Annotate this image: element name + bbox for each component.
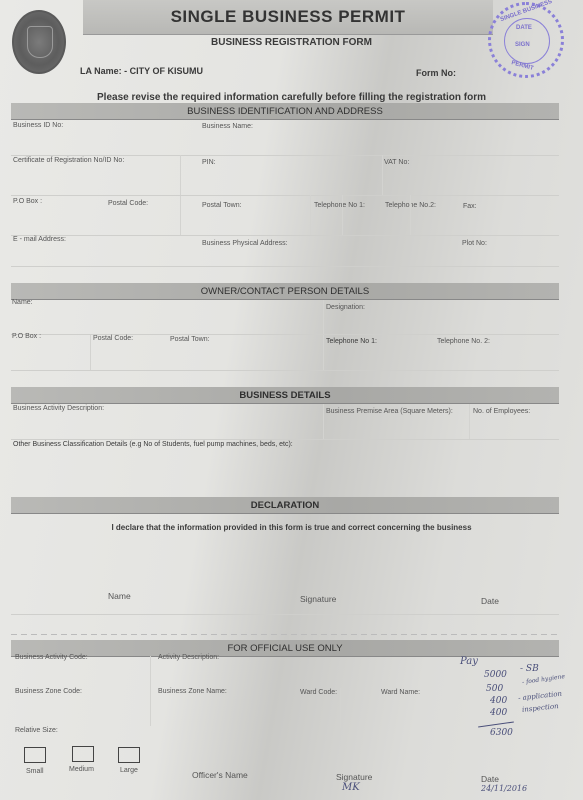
- permit-stamp-icon: SINGLE BUSINESS DATE SIGN PERMIT: [488, 2, 564, 78]
- certificate-field[interactable]: [11, 156, 199, 194]
- official-activity-description-field[interactable]: [152, 656, 432, 686]
- section-header-official: FOR OFFICIAL USE ONLY: [11, 640, 559, 657]
- form-number-label: Form No:: [416, 68, 456, 78]
- designation-field[interactable]: [324, 299, 559, 333]
- size-medium-checkbox[interactable]: [72, 746, 94, 762]
- title-bar: SINGLE BUSINESS PERMIT: [83, 0, 493, 35]
- declaration-statement: I declare that the information provided …: [0, 523, 583, 532]
- handwritten-total-line: [478, 721, 514, 727]
- business-id-field[interactable]: [11, 118, 199, 154]
- other-classification-field[interactable]: [11, 440, 559, 490]
- handwritten-line-2-note: - food hygiene: [522, 673, 566, 686]
- officer-name-field[interactable]: [180, 755, 310, 795]
- postal-code-field[interactable]: [106, 196, 199, 234]
- owner-name-field[interactable]: [11, 299, 323, 333]
- telephone-2-field[interactable]: [383, 196, 459, 234]
- activity-description-field[interactable]: [11, 404, 323, 438]
- owner-po-box-field[interactable]: [11, 335, 90, 369]
- owner-telephone-2-field[interactable]: [435, 335, 559, 369]
- declaration-name-label: Name: [108, 591, 131, 601]
- declaration-signature-label: Signature: [300, 594, 336, 604]
- la-name: LA Name: - CITY OF KISUMU: [80, 66, 203, 76]
- fax-field[interactable]: [460, 196, 559, 234]
- declaration-name-field[interactable]: [60, 560, 220, 590]
- size-small-checkbox[interactable]: [24, 747, 46, 763]
- activity-code-field[interactable]: [11, 656, 151, 686]
- handwritten-line-4-amount: 400: [490, 708, 507, 718]
- handwritten-total: 6300: [490, 728, 513, 738]
- section-header-declaration: DECLARATION: [11, 497, 559, 514]
- vat-field[interactable]: [383, 156, 559, 194]
- business-name-field[interactable]: [200, 118, 559, 154]
- owner-postal-code-field[interactable]: [91, 335, 167, 369]
- zone-name-field[interactable]: [152, 690, 296, 720]
- zone-code-field[interactable]: [11, 690, 151, 720]
- handwritten-pay: Pay: [460, 656, 478, 667]
- handwritten-line-1-note: - SB: [520, 664, 539, 674]
- po-box-field[interactable]: [11, 196, 105, 234]
- section-header-business-details: BUSINESS DETAILS: [11, 387, 559, 404]
- size-medium-label: Medium: [69, 766, 94, 773]
- handwritten-line-1-amount: 5000: [484, 670, 507, 680]
- owner-telephone-1-field[interactable]: [324, 335, 434, 369]
- email-field[interactable]: [11, 236, 199, 266]
- size-large-checkbox[interactable]: [118, 747, 140, 763]
- section-header-owner: OWNER/CONTACT PERSON DETAILS: [11, 283, 559, 300]
- owner-postal-town-field[interactable]: [168, 335, 323, 369]
- ward-name-field[interactable]: [378, 690, 448, 720]
- instruction-text: Please revise the required information c…: [0, 92, 583, 103]
- ward-code-field[interactable]: [297, 690, 377, 720]
- handwritten-line-3-amount: 400: [490, 696, 507, 706]
- handwritten-signature: MK: [342, 782, 360, 793]
- plot-no-field[interactable]: [460, 236, 559, 266]
- telephone-1-field[interactable]: [311, 196, 382, 234]
- relative-size-label: Relative Size:: [15, 727, 58, 734]
- handwritten-date: 24/11/2016: [481, 784, 527, 793]
- size-large-label: Large: [120, 767, 138, 774]
- handwritten-line-4-note: inspection: [522, 702, 559, 714]
- pin-field[interactable]: [200, 156, 382, 194]
- employees-field[interactable]: [470, 404, 559, 438]
- handwritten-line-3-note: - application: [518, 690, 563, 703]
- premise-area-field[interactable]: [324, 404, 469, 438]
- postal-town-field[interactable]: [200, 196, 310, 234]
- handwritten-line-2-amount: 500: [486, 684, 503, 694]
- page-title: SINGLE BUSINESS PERMIT: [171, 7, 406, 27]
- declaration-signature-field[interactable]: [250, 560, 400, 590]
- physical-address-field[interactable]: [200, 236, 458, 266]
- declaration-date-field[interactable]: [440, 560, 550, 590]
- size-small-label: Small: [26, 768, 44, 775]
- declaration-date-label: Date: [481, 596, 499, 606]
